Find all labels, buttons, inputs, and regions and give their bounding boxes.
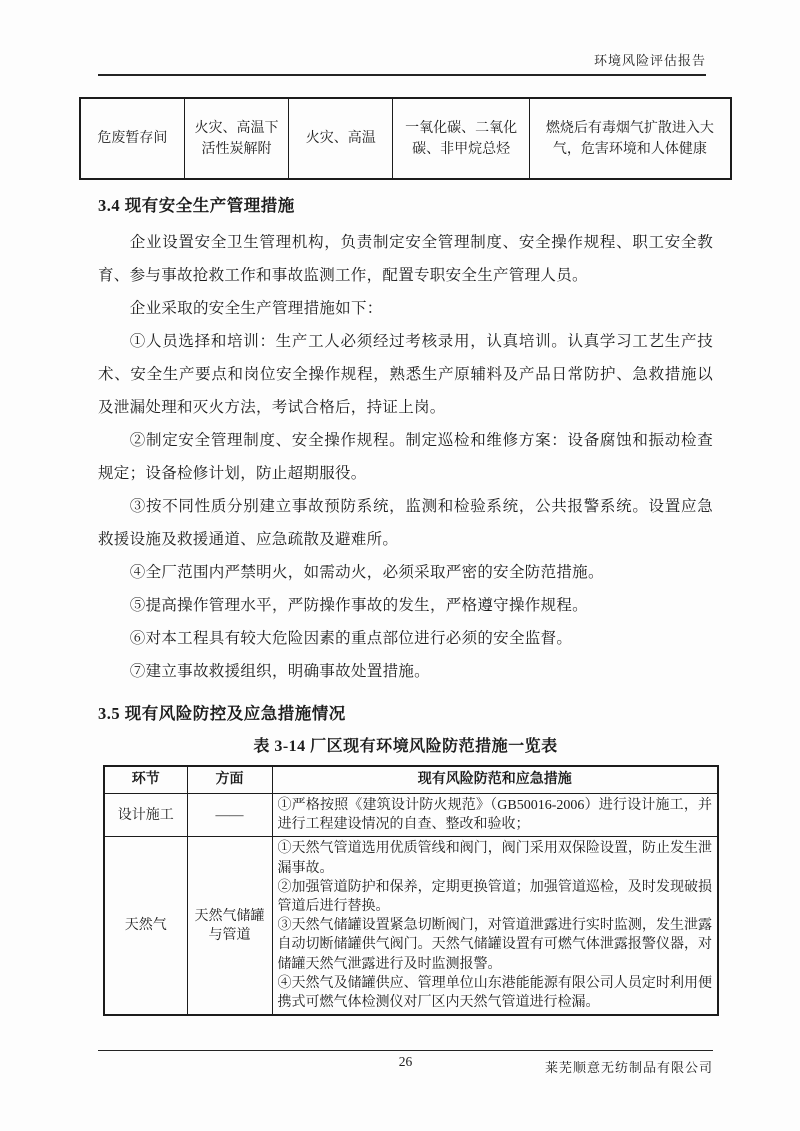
- header-stage: 环节: [104, 766, 187, 794]
- body-paragraph: ④全厂范围内严禁明火，如需动火，必须采取严密的安全防范措施。: [98, 556, 713, 589]
- measures-cell: ①严格按照《建筑设计防火规范》（GB50016-2006）进行设计施工，并进行工…: [272, 794, 718, 837]
- section-3-5-heading: 3.5 现有风险防控及应急措施情况: [98, 702, 713, 725]
- body-paragraph: 企业采取的安全生产管理措施如下：: [98, 292, 713, 325]
- table-row: 天然气 天然气储罐与管道 ①天然气管道选用优质管线和阀门，阀门采用双保险设置，防…: [104, 837, 718, 1015]
- stage-cell: 天然气: [104, 837, 187, 1015]
- hazard-area-cell: 危废暂存间: [80, 98, 184, 179]
- body-paragraph: ①人员选择和培训：生产工人必须经过考核录用，认真培训。认真学习工艺生产技术、安全…: [98, 325, 713, 424]
- header-measures: 现有风险防范和应急措施: [272, 766, 718, 794]
- hazard-cause-cell: 火灾、高温下活性炭解附: [184, 98, 288, 179]
- body-paragraph: ⑦建立事故救援组织，明确事故处置措施。: [98, 655, 713, 688]
- table-row: 设计施工 —— ①严格按照《建筑设计防火规范》（GB50016-2006）进行设…: [104, 794, 718, 837]
- hazard-type-cell: 火灾、高温: [289, 98, 393, 179]
- document-page: 环境风险评估报告 危废暂存间 火灾、高温下活性炭解附 火灾、高温 一氧化碳、二氧…: [0, 0, 800, 1131]
- page-content: 危废暂存间 火灾、高温下活性炭解附 火灾、高温 一氧化碳、二氧化碳、非甲烷总烃 …: [98, 97, 713, 1016]
- running-header-title: 环境风险评估报告: [594, 53, 706, 68]
- hazard-pollutants-cell: 一氧化碳、二氧化碳、非甲烷总烃: [393, 98, 529, 179]
- measures-cell: ①天然气管道选用优质管线和阀门，阀门采用双保险设置，防止发生泄漏事故。 ②加强管…: [272, 837, 718, 1015]
- hazard-impact-cell: 燃烧后有毒烟气扩散进入大气，危害环境和人体健康: [529, 98, 731, 179]
- section-3-4-heading: 3.4 现有安全生产管理措施: [98, 194, 713, 217]
- risk-measures-table: 环节 方面 现有风险防范和应急措施 设计施工 —— ①严格按照《建筑设计防火规范…: [103, 765, 719, 1016]
- body-paragraph: 企业设置安全卫生管理机构，负责制定安全管理制度、安全操作规程、职工安全教育、参与…: [98, 226, 713, 292]
- footer-rule: [98, 1050, 713, 1051]
- body-paragraph: ⑥对本工程具有较大危险因素的重点部位进行必须的安全监督。: [98, 622, 713, 655]
- hazard-summary-table: 危废暂存间 火灾、高温下活性炭解附 火灾、高温 一氧化碳、二氧化碳、非甲烷总烃 …: [79, 97, 732, 180]
- header-aspect: 方面: [187, 766, 272, 794]
- header-rule: [98, 74, 706, 76]
- running-header: 环境风险评估报告: [98, 50, 706, 69]
- aspect-cell: 天然气储罐与管道: [187, 837, 272, 1015]
- footer-company: 莱芜顺意无纺制品有限公司: [98, 1057, 713, 1076]
- hazard-table-row: 危废暂存间 火灾、高温下活性炭解附 火灾、高温 一氧化碳、二氧化碳、非甲烷总烃 …: [80, 98, 731, 179]
- measures-table-header-row: 环节 方面 现有风险防范和应急措施: [104, 766, 718, 794]
- aspect-cell: ——: [187, 794, 272, 837]
- table-3-14-title: 表 3-14 厂区现有环境风险防范措施一览表: [98, 736, 713, 758]
- body-paragraph: ②制定安全管理制度、安全操作规程。制定巡检和维修方案：设备腐蚀和振动检查规定；设…: [98, 424, 713, 490]
- body-paragraph: ③按不同性质分别建立事故预防系统，监测和检验系统，公共报警系统。设置应急救援设施…: [98, 490, 713, 556]
- stage-cell: 设计施工: [104, 794, 187, 837]
- body-paragraph: ⑤提高操作管理水平，严防操作事故的发生，严格遵守操作规程。: [98, 589, 713, 622]
